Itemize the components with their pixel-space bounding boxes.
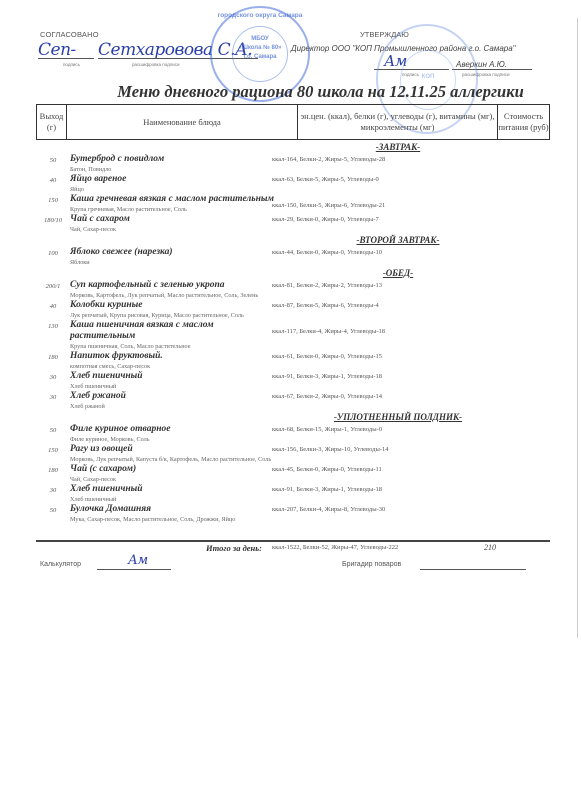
stamp-ring-text: городского округа Самара: [212, 12, 308, 19]
total-nutrition: ккал-1522, Белки-52, Жиры-47, Углеводы-2…: [272, 544, 398, 551]
chief-cook-signature-line: [420, 569, 526, 570]
table-row: 30Хлеб пшеничныйХлеб пшеничныйккал-91, Б…: [36, 371, 550, 391]
dish-output: 130: [36, 320, 70, 351]
dish-ingredients: Мука, Сахар-песок, Масло растительное, С…: [70, 515, 280, 524]
calculator-signature: Ам: [128, 553, 148, 568]
table-header: Выход (г) Наименование блюда эн.цен. (кк…: [36, 104, 550, 140]
dish-ingredients: Хлеб пшеничный: [70, 495, 280, 504]
table-row: 100Яблоко свежее (нарезка)Яблокиккал-44,…: [36, 247, 550, 267]
dish-name: Хлеб пшеничный: [70, 371, 280, 382]
dish-name: Каша гречневая вязкая с маслом раститель…: [70, 194, 280, 205]
dish-nutrition: ккал-150, Белки-5, Жиры-6, Углеводы-21: [272, 202, 385, 209]
table-row: 40Яйцо вареноеЯйцоккал-63, Белки-5, Жиры…: [36, 174, 550, 194]
dish-ingredients: Лук репчатый, Крупа рисовая, Курица, Мас…: [70, 311, 280, 320]
stamp-center-2: «Школа № 80»: [234, 45, 286, 51]
section-title: -ВТОРОЙ ЗАВТРАК-: [36, 234, 550, 246]
daily-total-row: Итого за день: ккал-1522, Белки-52, Жиры…: [36, 543, 550, 555]
table-row: 40Колобки куриныеЛук репчатый, Крупа рис…: [36, 300, 550, 320]
dish-output: 200/1: [36, 280, 70, 300]
dish-name: Булочка Домашняя: [70, 504, 280, 515]
dish-ingredients: Морковь, Картофель, Лук репчатый, Масло …: [70, 291, 280, 300]
dish-output: 180: [36, 351, 70, 371]
dish-ingredients: Хлеб пшеничный: [70, 382, 280, 391]
table-bottom-rule: [36, 540, 550, 542]
dish-ingredients: Чай, Сахар-песок: [70, 225, 280, 234]
dish-nutrition: ккал-81, Белки-2, Жиры-2, Углеводы-13: [272, 282, 382, 289]
stamp-center-3: г.о. Самара: [234, 54, 286, 60]
dish-name: Чай с сахаром: [70, 214, 280, 225]
dish-ingredients: Морковь, Лук репчатый, Капуста б/к, Карт…: [70, 455, 280, 464]
dish-output: 180: [36, 464, 70, 484]
dish-output: 30: [36, 391, 70, 411]
dish-ingredients: Чай, Сахар-песок: [70, 475, 280, 484]
calculator-signature-line: [97, 569, 171, 570]
total-cost: 210: [484, 543, 496, 552]
column-cost: Стоимость питания (руб): [498, 105, 549, 139]
dish-nutrition: ккал-29, Белки-0, Жиры-0, Углеводы-7: [272, 216, 379, 223]
dish-nutrition: ккал-67, Белки-2, Жиры-0, Углеводы-14: [272, 393, 382, 400]
dish-ingredients: Филе куриное, Морковь, Соль: [70, 435, 280, 444]
dish-output: 180/10: [36, 214, 70, 234]
dish-output: 150: [36, 444, 70, 464]
signature-scribble: Сеп-: [38, 40, 76, 60]
table-row: 30Хлеб ржанойХлеб ржанойккал-67, Белки-2…: [36, 391, 550, 411]
total-label: Итого за день:: [206, 543, 262, 553]
dish-name: Чай (с сахаром): [70, 464, 280, 475]
dish-nutrition: ккал-63, Белки-5, Жиры-5, Углеводы-0: [272, 176, 379, 183]
dish-output: 50: [36, 504, 70, 524]
dish-name: Рагу из овощей: [70, 444, 280, 455]
column-nutrition: эн.цен. (ккал), белки (г), углеводы (г),…: [298, 105, 498, 139]
dish-name: Колобки куриные: [70, 300, 280, 311]
dish-output: 50: [36, 154, 70, 174]
dish-nutrition: ккал-68, Белки-15, Жиры-1, Углеводы-0: [272, 426, 382, 433]
dish-output: 30: [36, 371, 70, 391]
section-title: -ЗАВТРАК-: [36, 141, 550, 153]
dish-name: Филе куриное отварное: [70, 424, 280, 435]
signature-line: [38, 58, 94, 59]
signature-sublabel: подпись: [63, 62, 80, 67]
dish-ingredients: Яблоки: [70, 258, 280, 267]
dish-nutrition: ккал-91, Белки-3, Жиры-1, Углеводы-18: [272, 373, 382, 380]
table-row: 200/1Суп картофельный с зеленью укропаМо…: [36, 280, 550, 300]
dish-name: Яйцо вареное: [70, 174, 280, 185]
dish-ingredients: Хлеб ржаной: [70, 402, 280, 411]
company-stamp-text: КОП: [400, 74, 456, 80]
table-row: 30Хлеб пшеничныйХлеб пшеничныйккал-91, Б…: [36, 484, 550, 504]
table-row: 180Чай (с сахаром)Чай, Сахар-песокккал-4…: [36, 464, 550, 484]
table-row: 50Филе куриное отварноеФиле куриное, Мор…: [36, 424, 550, 444]
table-row: 180Напиток фруктовый.компотная смесь, Са…: [36, 351, 550, 371]
dish-nutrition: ккал-45, Белки-0, Жиры-0, Углеводы-11: [272, 466, 382, 473]
dish-name: Бутерброд с повидлом: [70, 154, 280, 165]
dish-output: 50: [36, 424, 70, 444]
dish-nutrition: ккал-87, Белки-5, Жиры-6, Углеводы-4: [272, 302, 379, 309]
dish-name: Каша пшеничная вязкая с маслом раститель…: [70, 320, 280, 342]
dish-output: 150: [36, 194, 70, 214]
dish-nutrition: ккал-61, Белки-0, Жиры-0, Углеводы-15: [272, 353, 382, 360]
table-row: 180/10Чай с сахаромЧай, Сахар-песокккал-…: [36, 214, 550, 234]
decode-sublabel: расшифровка подписи: [132, 62, 179, 67]
dish-name: Яблоко свежее (нарезка): [70, 247, 280, 258]
scan-edge: [577, 18, 578, 638]
table-row: 150Рагу из овощейМорковь, Лук репчатый, …: [36, 444, 550, 464]
dish-name: Хлеб ржаной: [70, 391, 280, 402]
dish-nutrition: ккал-207, Белки-4, Жиры-8, Углеводы-30: [272, 506, 385, 513]
menu-table-body: -ЗАВТРАК-50Бутерброд с повидломБатон, По…: [36, 141, 550, 524]
dish-output: 40: [36, 300, 70, 320]
calculator-label: Калькулятор: [40, 561, 81, 568]
dish-output: 40: [36, 174, 70, 194]
table-row: 150Каша гречневая вязкая с маслом растит…: [36, 194, 550, 214]
dish-nutrition: ккал-91, Белки-3, Жиры-1, Углеводы-18: [272, 486, 382, 493]
stamp-center-1: МБОУ: [234, 36, 286, 42]
dish-nutrition: ккал-164, Белки-2, Жиры-5, Углеводы-28: [272, 156, 385, 163]
dish-ingredients: компотная смесь, Сахар-песок: [70, 362, 280, 371]
column-output: Выход (г): [37, 105, 67, 139]
chief-cook-label: Бригадир поваров: [342, 561, 401, 568]
dish-name: Напиток фруктовый.: [70, 351, 280, 362]
column-dish-name: Наименование блюда: [67, 105, 298, 139]
page-title: Меню дневного рациона 80 школа на 12.11.…: [0, 82, 581, 102]
table-row: 50Булочка ДомашняяМука, Сахар-песок, Мас…: [36, 504, 550, 524]
dish-ingredients: Яйцо: [70, 185, 280, 194]
dish-ingredients: Крупа пшеничная, Соль, Масло растительно…: [70, 342, 280, 351]
dish-nutrition: ккал-44, Белки-0, Жиры-0, Углеводы-10: [272, 249, 382, 256]
table-row: 50Бутерброд с повидломБатон, Повидлоккал…: [36, 154, 550, 174]
dish-nutrition: ккал-117, Белки-4, Жиры-4, Углеводы-18: [272, 328, 385, 335]
section-title: -ОБЕД-: [36, 267, 550, 279]
dish-name: Хлеб пшеничный: [70, 484, 280, 495]
dish-ingredients: Батон, Повидло: [70, 165, 280, 174]
section-title: -УПЛОТНЕННЫЙ ПОЛДНИК-: [36, 411, 550, 423]
dish-nutrition: ккал-156, Белки-3, Жиры-10, Углеводы-14: [272, 446, 389, 453]
dish-output: 100: [36, 247, 70, 267]
table-row: 130Каша пшеничная вязкая с маслом растит…: [36, 320, 550, 351]
dish-ingredients: Крупа гречневая, Масло растительное, Сол…: [70, 205, 280, 214]
dish-output: 30: [36, 484, 70, 504]
dish-name: Суп картофельный с зеленью укропа: [70, 280, 280, 291]
